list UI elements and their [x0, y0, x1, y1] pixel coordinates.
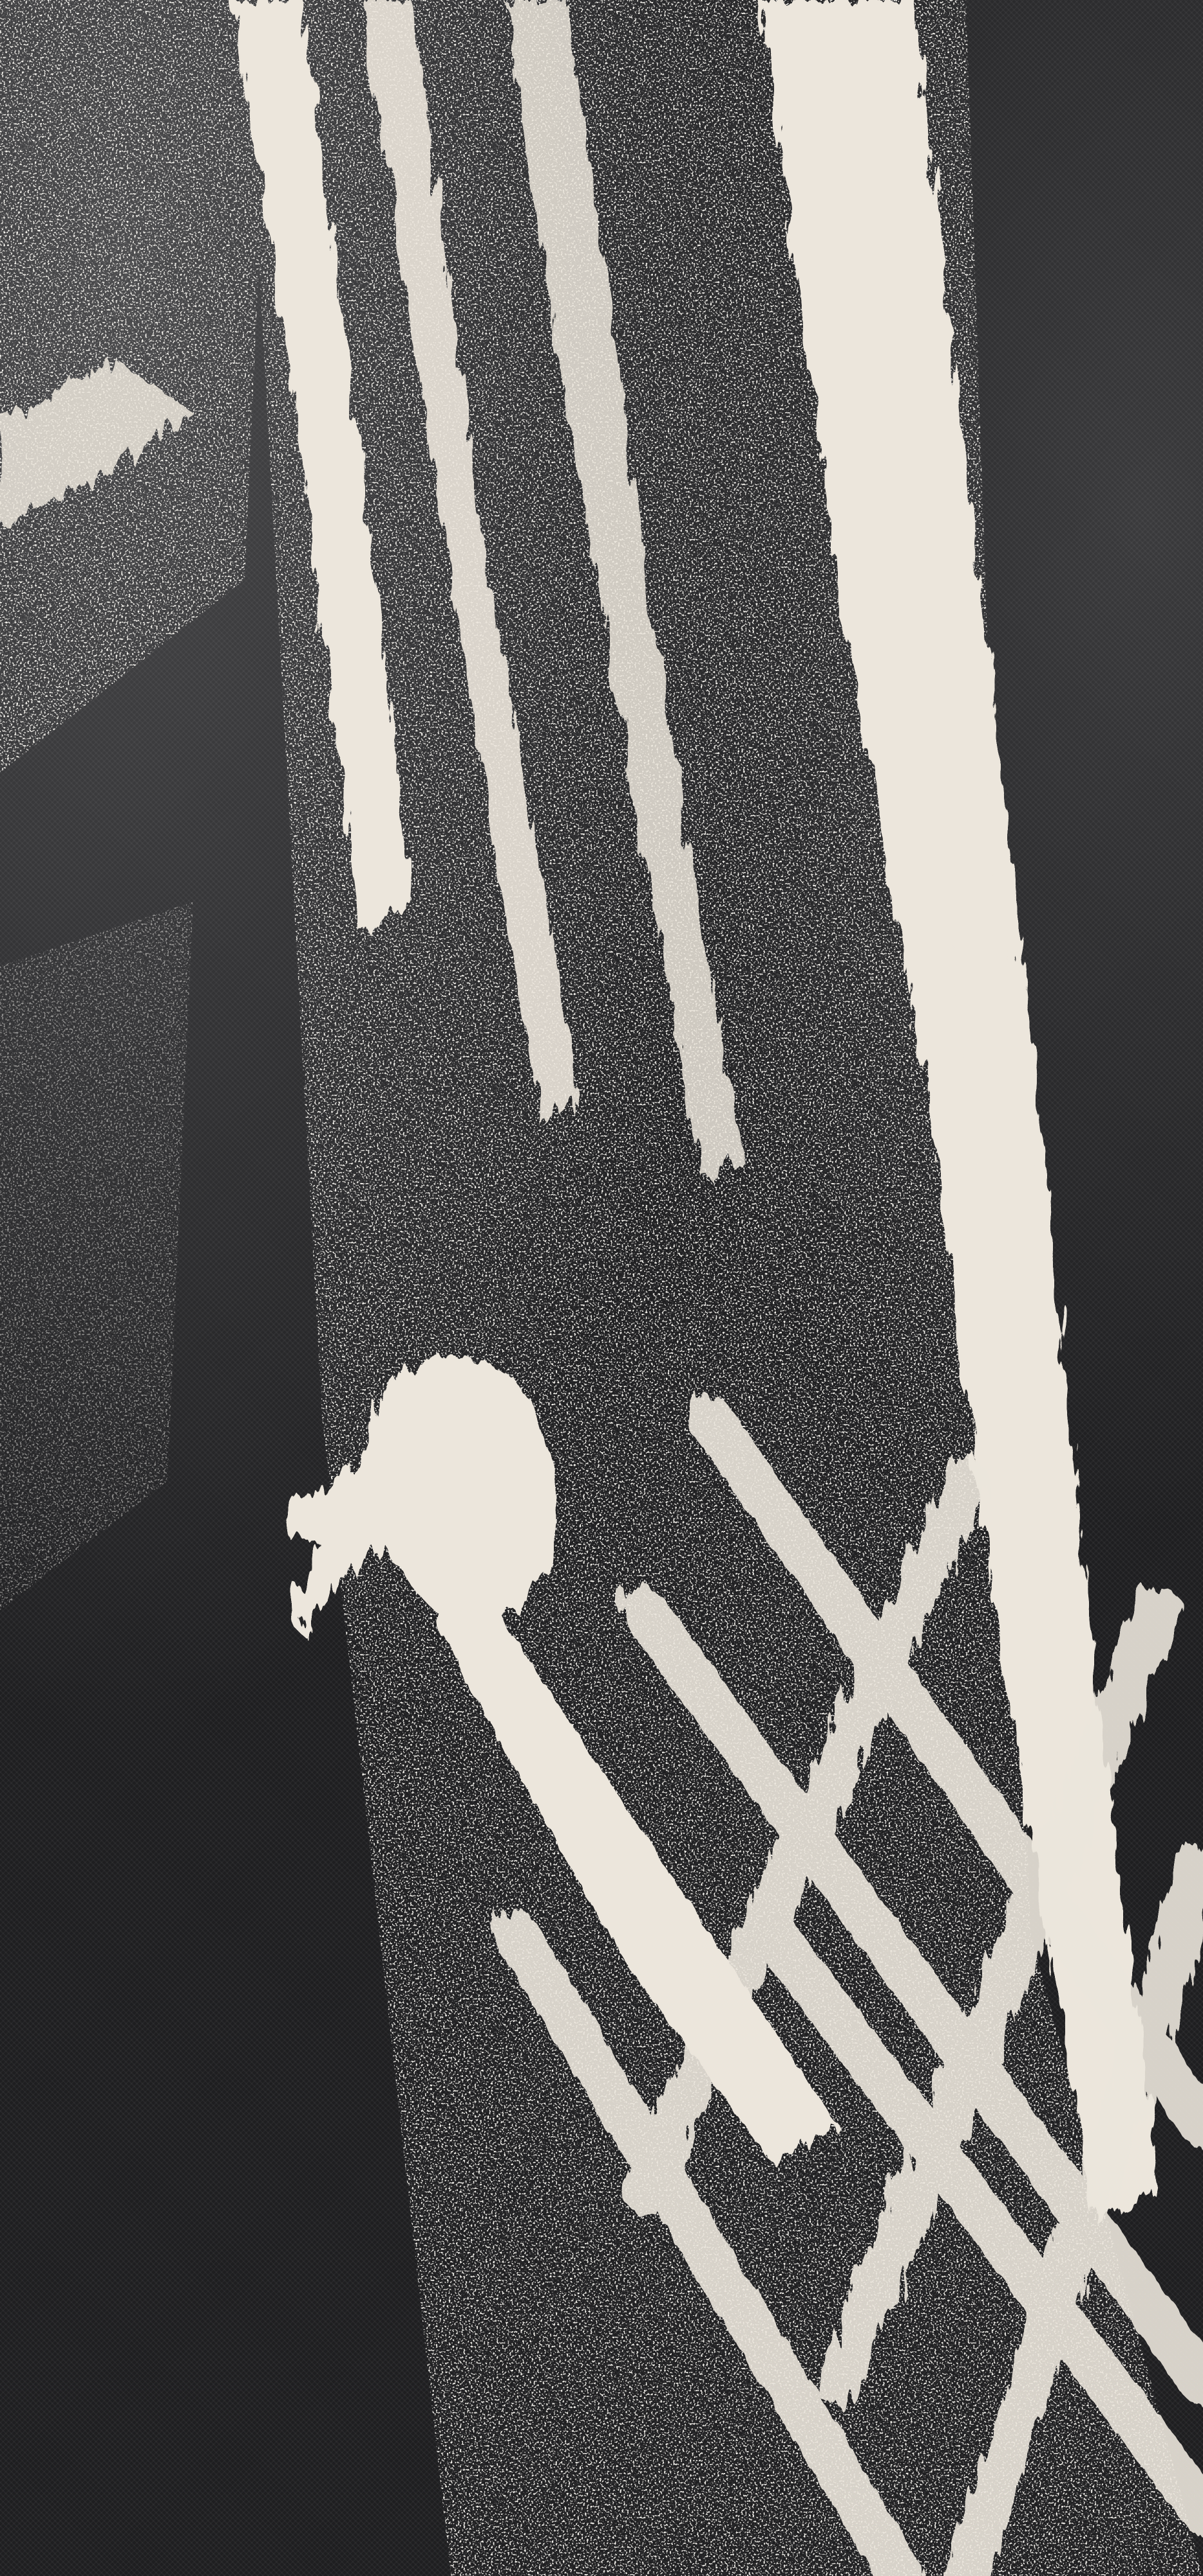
- painting-canvas: [0, 0, 1203, 2576]
- brushstrokes: [0, 0, 1203, 2576]
